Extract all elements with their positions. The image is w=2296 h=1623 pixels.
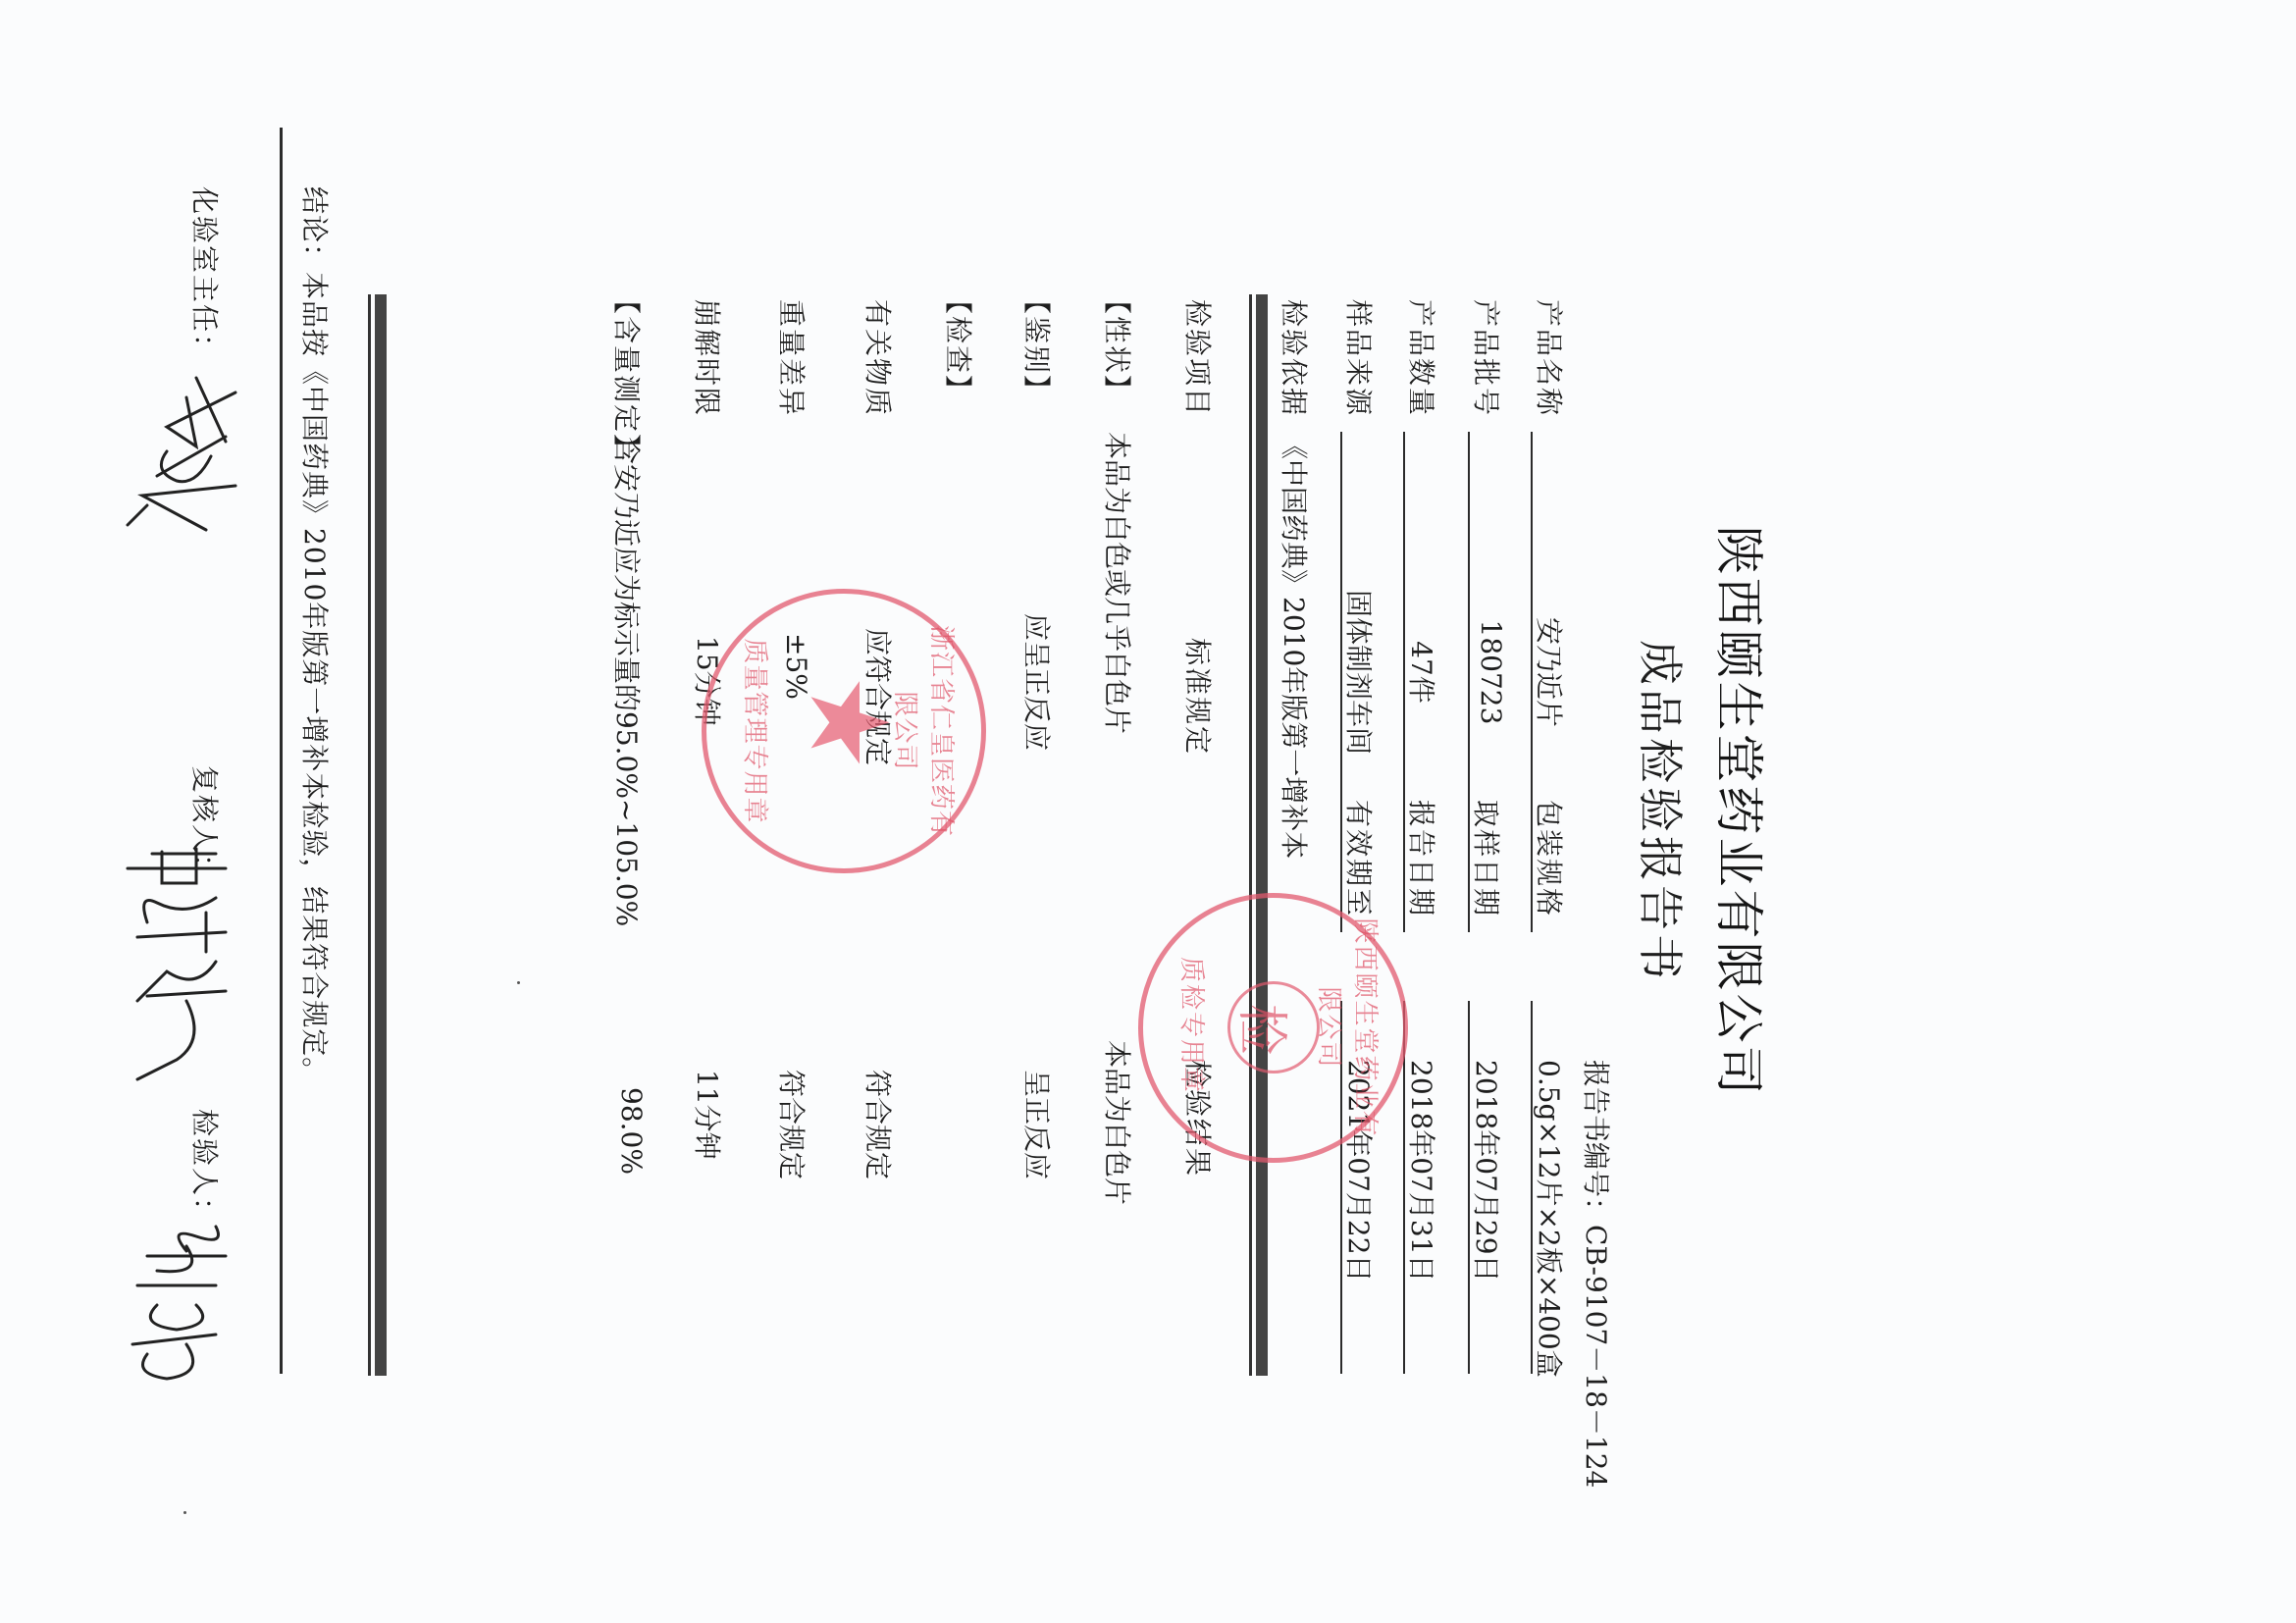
underline	[1531, 1001, 1533, 1374]
value-quantity: 47件	[1403, 550, 1442, 795]
conclusion-text: 结论：本品按《中国药典》2010年版第一增补本检验，结果符合规定。	[296, 186, 336, 1085]
seal-center-char: 检	[1229, 1004, 1303, 1055]
table-header-item: 检验项目	[1179, 299, 1219, 417]
table-row-item: 有关物质	[860, 299, 899, 417]
report-number-label: 报告书编号：	[1580, 1060, 1612, 1225]
label-sampling-date: 取样日期	[1468, 800, 1507, 917]
table-row-item: 【鉴别】	[1018, 287, 1058, 404]
inspector-signature	[118, 1217, 245, 1393]
table-row-result: 98.0%	[615, 1087, 648, 1175]
value-sampling-date: 2018年07月29日	[1468, 1060, 1507, 1283]
table-row-result: 11分钟	[689, 1070, 728, 1160]
company-qc-seal: 检 陕西颐生堂药业有限公司 质检专用章	[1138, 893, 1408, 1163]
table-row-standard: 应呈正反应	[1018, 613, 1058, 751]
label-report-date: 报告日期	[1403, 800, 1442, 917]
value-package-spec: 0.5g×12片×2板×400盒	[1531, 1060, 1570, 1378]
lab-director-signature	[118, 358, 255, 545]
table-row-item: 【性状】	[1099, 287, 1138, 404]
divider-thick	[1256, 294, 1268, 1376]
table-row-result: 本品为白色片	[1099, 1040, 1138, 1205]
supplier-qa-seal: ★ 浙江省仁皇医药有限公司 质量管理专用章	[702, 589, 986, 873]
table-header-standard: 标准规定	[1179, 638, 1219, 756]
seal-bottom-text: 质检专用章	[1175, 952, 1212, 1099]
scan-speck	[183, 1511, 186, 1514]
label-sample-source: 样品来源	[1340, 299, 1380, 417]
label-inspection-basis: 检验依据	[1276, 299, 1315, 417]
label-expiry-date: 有效期至	[1340, 800, 1380, 917]
inspector-label: 检验人：	[186, 1109, 226, 1227]
seal-outer-text: 陕西颐生堂药业有限公司	[1313, 917, 1385, 1138]
table-row-result: 符合规定	[773, 1070, 812, 1179]
label-package-spec: 包装规格	[1531, 800, 1570, 917]
table-row-result: 符合规定	[860, 1070, 899, 1179]
label-batch-no: 产品批号	[1468, 299, 1507, 417]
lab-director-label: 化验室主任：	[186, 186, 226, 363]
table-row-result: 呈正反应	[1018, 1070, 1058, 1179]
seal-star-icon: ★	[795, 674, 903, 771]
seal-outer-text: 浙江省仁皇医药有限公司	[889, 613, 962, 849]
label-product-name: 产品名称	[1531, 299, 1570, 417]
table-row-standard: 本品为白色或几乎白色片	[1099, 432, 1138, 734]
value-sample-source: 固体制剂车间	[1340, 550, 1380, 795]
divider-thin	[1249, 294, 1252, 1376]
value-inspection-basis: 《中国药典》2010年版第一增补本	[1276, 432, 1315, 859]
company-name: 陕西颐生堂药业有限公司	[1707, 0, 1778, 1623]
inspection-report-page: 陕西颐生堂药业有限公司 成品检验报告书 报告书编号：CB-9107－18－124…	[0, 0, 2296, 1623]
underline	[1468, 1001, 1470, 1374]
divider-thin	[368, 294, 371, 1376]
value-batch-no: 180723	[1475, 550, 1507, 795]
value-product-name: 安乃近片	[1531, 550, 1570, 795]
table-row-item: 【检查】	[940, 287, 979, 404]
seal-bottom-text: 质量管理专用章	[739, 633, 775, 829]
report-number: 报告书编号：CB-9107－18－124	[1578, 1060, 1617, 1488]
scan-speck	[517, 981, 520, 984]
reviewer-signature	[118, 844, 245, 1099]
divider-thick	[375, 294, 387, 1376]
table-row-item: 重量差异	[773, 299, 812, 417]
document-title: 成品检验报告书	[1631, 0, 1696, 1623]
table-row-item: 崩解时限	[689, 299, 728, 417]
table-row-standard: 含安乃近应为标示量的95.0%~105.0%	[608, 437, 648, 926]
label-quantity: 产品数量	[1403, 299, 1442, 417]
report-number-value: CB-9107－18－124	[1580, 1225, 1612, 1488]
conclusion-rule	[280, 128, 283, 1374]
value-report-date: 2018年07月31日	[1403, 1060, 1442, 1283]
